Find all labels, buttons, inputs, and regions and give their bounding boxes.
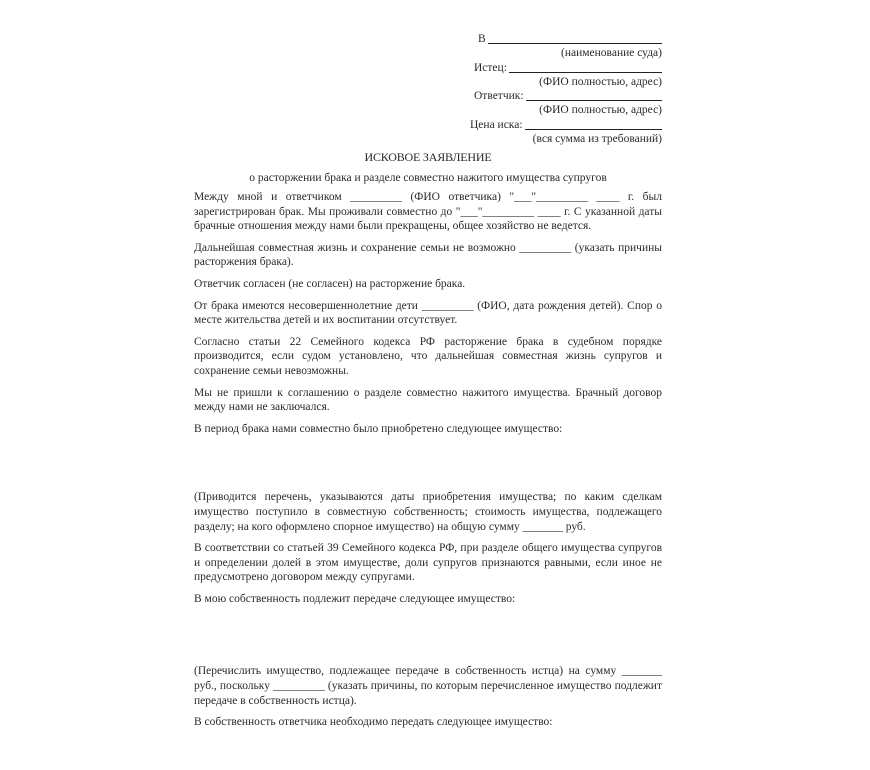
- paragraph-article-22: Согласно статьи 22 Семейного кодекса РФ …: [194, 335, 662, 379]
- document-subtitle: о расторжении брака и разделе совместно …: [194, 172, 662, 184]
- defendant-blank-line: [526, 89, 662, 101]
- claim-price-label: Цена иска:: [470, 118, 525, 132]
- court-blank-line: [488, 32, 662, 44]
- paragraph-acquired-property: В период брака нами совместно было приоб…: [194, 422, 662, 437]
- paragraph-marriage-registration: Между мной и ответчиком _________ (ФИО о…: [194, 190, 662, 234]
- court-hint: (наименование суда): [466, 46, 662, 60]
- paragraph-defendant-consent: Ответчик согласен (не согласен) на расто…: [194, 277, 662, 292]
- claim-price-hint: (вся сумма из требований): [466, 132, 662, 146]
- paragraph-defendant-property: В собственность ответчика необходимо пер…: [194, 715, 662, 730]
- defendant-label: Ответчик:: [474, 89, 526, 103]
- document-title: ИСКОВОЕ ЗАЯВЛЕНИЕ: [194, 150, 662, 165]
- claim-price-blank-line: [525, 118, 662, 130]
- plaintiff-field: Истец:: [466, 61, 662, 75]
- court-field: В: [466, 32, 662, 46]
- document-body: Между мной и ответчиком _________ (ФИО о…: [194, 190, 662, 730]
- paragraph-plaintiff-property: В мою собственность подлежит передаче сл…: [194, 592, 662, 607]
- paragraph-property-list-hint: (Приводится перечень, указываются даты п…: [194, 490, 662, 534]
- defendant-hint: (ФИО полностью, адрес): [466, 103, 662, 117]
- claim-price-field: Цена иска:: [466, 118, 662, 132]
- paragraph-plaintiff-property-hint: (Перечислить имущество, подлежащее перед…: [194, 664, 662, 708]
- paragraph-children: От брака имеются несовершеннолетние дети…: [194, 299, 662, 328]
- paragraph-article-39: В соответствии со статьей 39 Семейного к…: [194, 541, 662, 585]
- court-header-block: В (наименование суда) Истец: (ФИО полнос…: [466, 32, 662, 146]
- plaintiff-label: Истец:: [474, 61, 509, 75]
- plaintiff-blank-line: [509, 61, 662, 73]
- court-label: В: [478, 32, 488, 46]
- plaintiff-hint: (ФИО полностью, адрес): [466, 75, 662, 89]
- defendant-field: Ответчик:: [466, 89, 662, 103]
- paragraph-reasons: Дальнейшая совместная жизнь и сохранение…: [194, 241, 662, 270]
- paragraph-no-agreement: Мы не пришли к соглашению о разделе совм…: [194, 386, 662, 415]
